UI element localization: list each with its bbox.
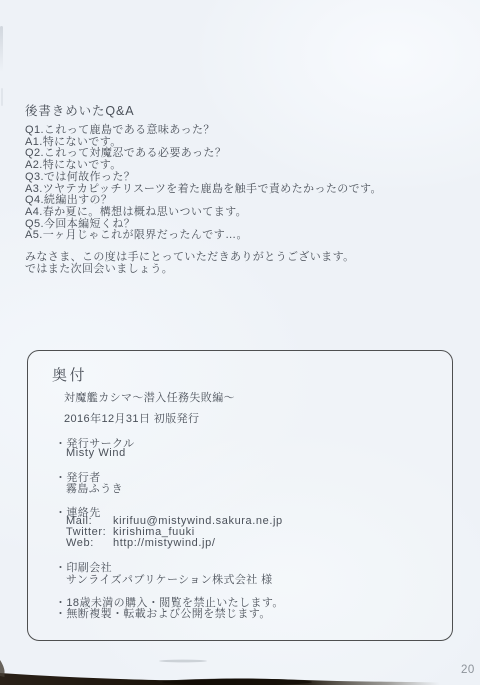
closing-seeyou-line: ではまた次回会いましょう。 [25,264,355,276]
bullet: ・ [55,472,66,484]
qa-closing: みなさま、この度は手にとっていただきありがとうございます。 ではまた次回会いまし… [25,252,355,276]
book-title: 対魔艦カシマ～潜入任務失敗編～ [64,389,235,405]
bullet: ・ [55,507,66,519]
scan-artifact-left-top [0,26,3,72]
notice-copy: 無断複製・転載および公開を禁じます。 [66,608,270,620]
qa-lines: Q1.これって鹿島である意味あった？ A1.特にないです。 Q2.これって対魔忍… [25,125,382,242]
printer-name: サンライズパブリケーション株式会社 様 [66,571,273,587]
scan-corner-mark [0,660,5,677]
scan-smudge [159,660,207,663]
qa-line-q3: Q3.では何故作った？ [25,172,382,184]
web-key: Web: [66,537,113,549]
circle-name: Misty Wind [66,447,126,459]
bullet: ・ [55,438,66,450]
scan-edge-bottom [0,657,480,685]
scan-artifact-left [1,88,3,106]
qa-line-a5: A5.一ヶ月じゃこれが限界だったんです…。 [25,230,382,242]
contact-web-row: Web:http://mistywind.jp/ [66,537,215,549]
qa-line-q1: Q1.これって鹿島である意味あった？ [25,125,382,137]
bullet: ・ [55,562,66,574]
publication-date: 2016年12月31日 初版発行 [64,410,199,426]
bullet: ・ [55,608,66,620]
colophon-box: 奥付 対魔艦カシマ～潜入任務失敗編～ 2016年12月31日 初版発行 ・発行サ… [27,350,453,641]
qa-line-a4: A4.春か夏に。構想は概ね思いついてます。 [25,207,382,219]
colophon-header: 奥付 [52,364,87,385]
qa-section-title: 後書きめいたQ&A [25,101,135,119]
notice-copy-row: ・無断複製・転載および公開を禁じます。 [55,605,271,621]
publisher-name: 霧島ふうき [66,480,123,496]
web-url: http://mistywind.jp/ [113,537,215,549]
scanned-page: 後書きめいたQ&A Q1.これって鹿島である意味あった？ A1.特にないです。 … [0,0,480,685]
